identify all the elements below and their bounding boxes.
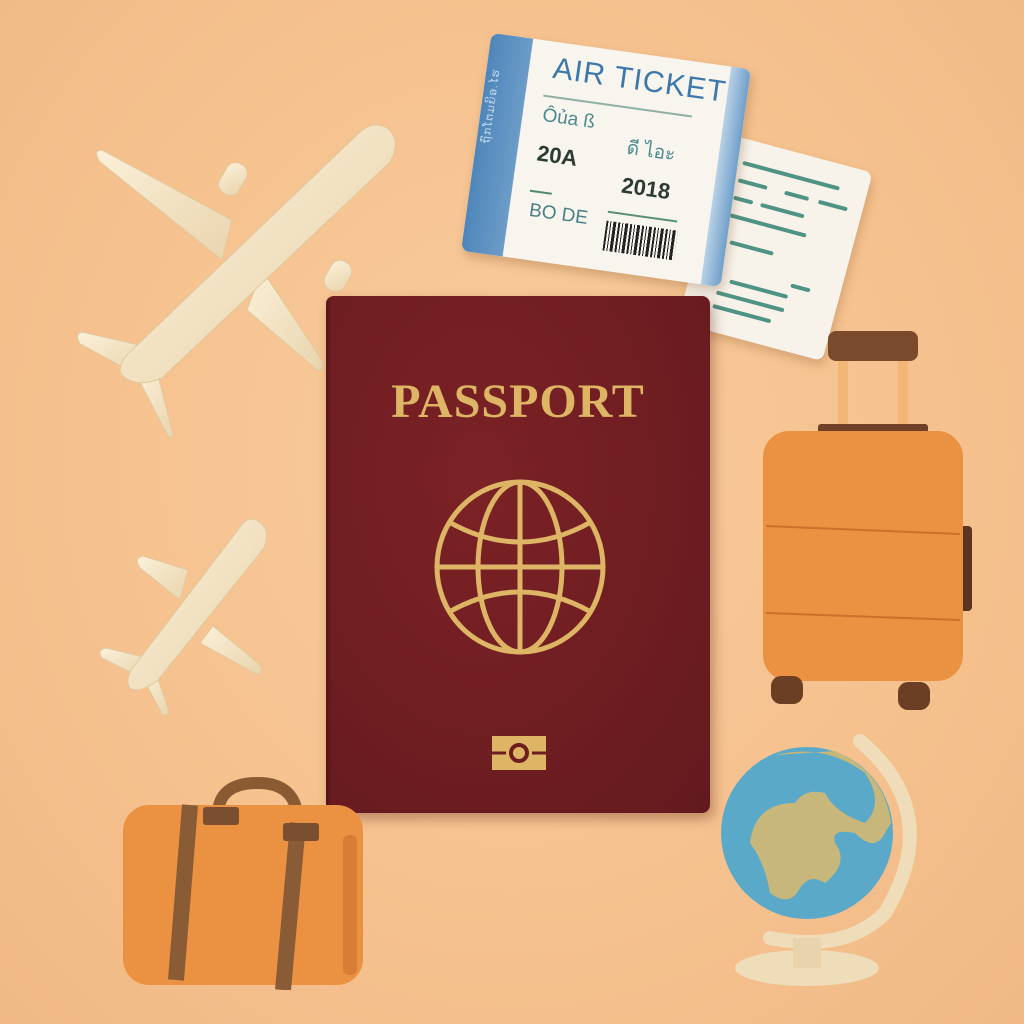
ticket-year: 2018	[620, 173, 672, 206]
passport: PASSPORT	[326, 296, 710, 813]
ticket-divider-2	[608, 211, 678, 223]
ticket-seat: 20A	[535, 140, 579, 171]
ticket-code: BO DE	[528, 200, 590, 230]
air-ticket: ຖົກໂຕມຍິອ.ໄຮ AIR TICKET Ôủa ß ดี ไอะ 20A…	[461, 33, 751, 287]
desk-globe	[715, 733, 925, 993]
travel-scene: ຖົກໂຕມຍິອ.ໄຮ AIR TICKET Ôủa ß ดี ไอะ 20A…	[0, 0, 1024, 1024]
vintage-suitcase	[118, 775, 368, 990]
toy-airplane-small	[88, 508, 278, 718]
ticket-label-right: ดี ไอะ	[625, 133, 677, 169]
biometric-chip-icon	[492, 736, 546, 770]
ticket-mark	[530, 190, 552, 195]
passport-title: PASSPORT	[326, 374, 710, 429]
trolley-suitcase	[758, 326, 973, 716]
ticket-side-text: ຖົກໂຕມຍິອ.ໄຮ	[479, 33, 511, 144]
globe-icon	[433, 478, 607, 656]
ticket-stripe: ຖົກໂຕມຍິອ.ໄຮ	[461, 33, 533, 257]
barcode-icon	[602, 221, 677, 261]
ticket-label-left: Ôủa ß	[541, 105, 596, 134]
